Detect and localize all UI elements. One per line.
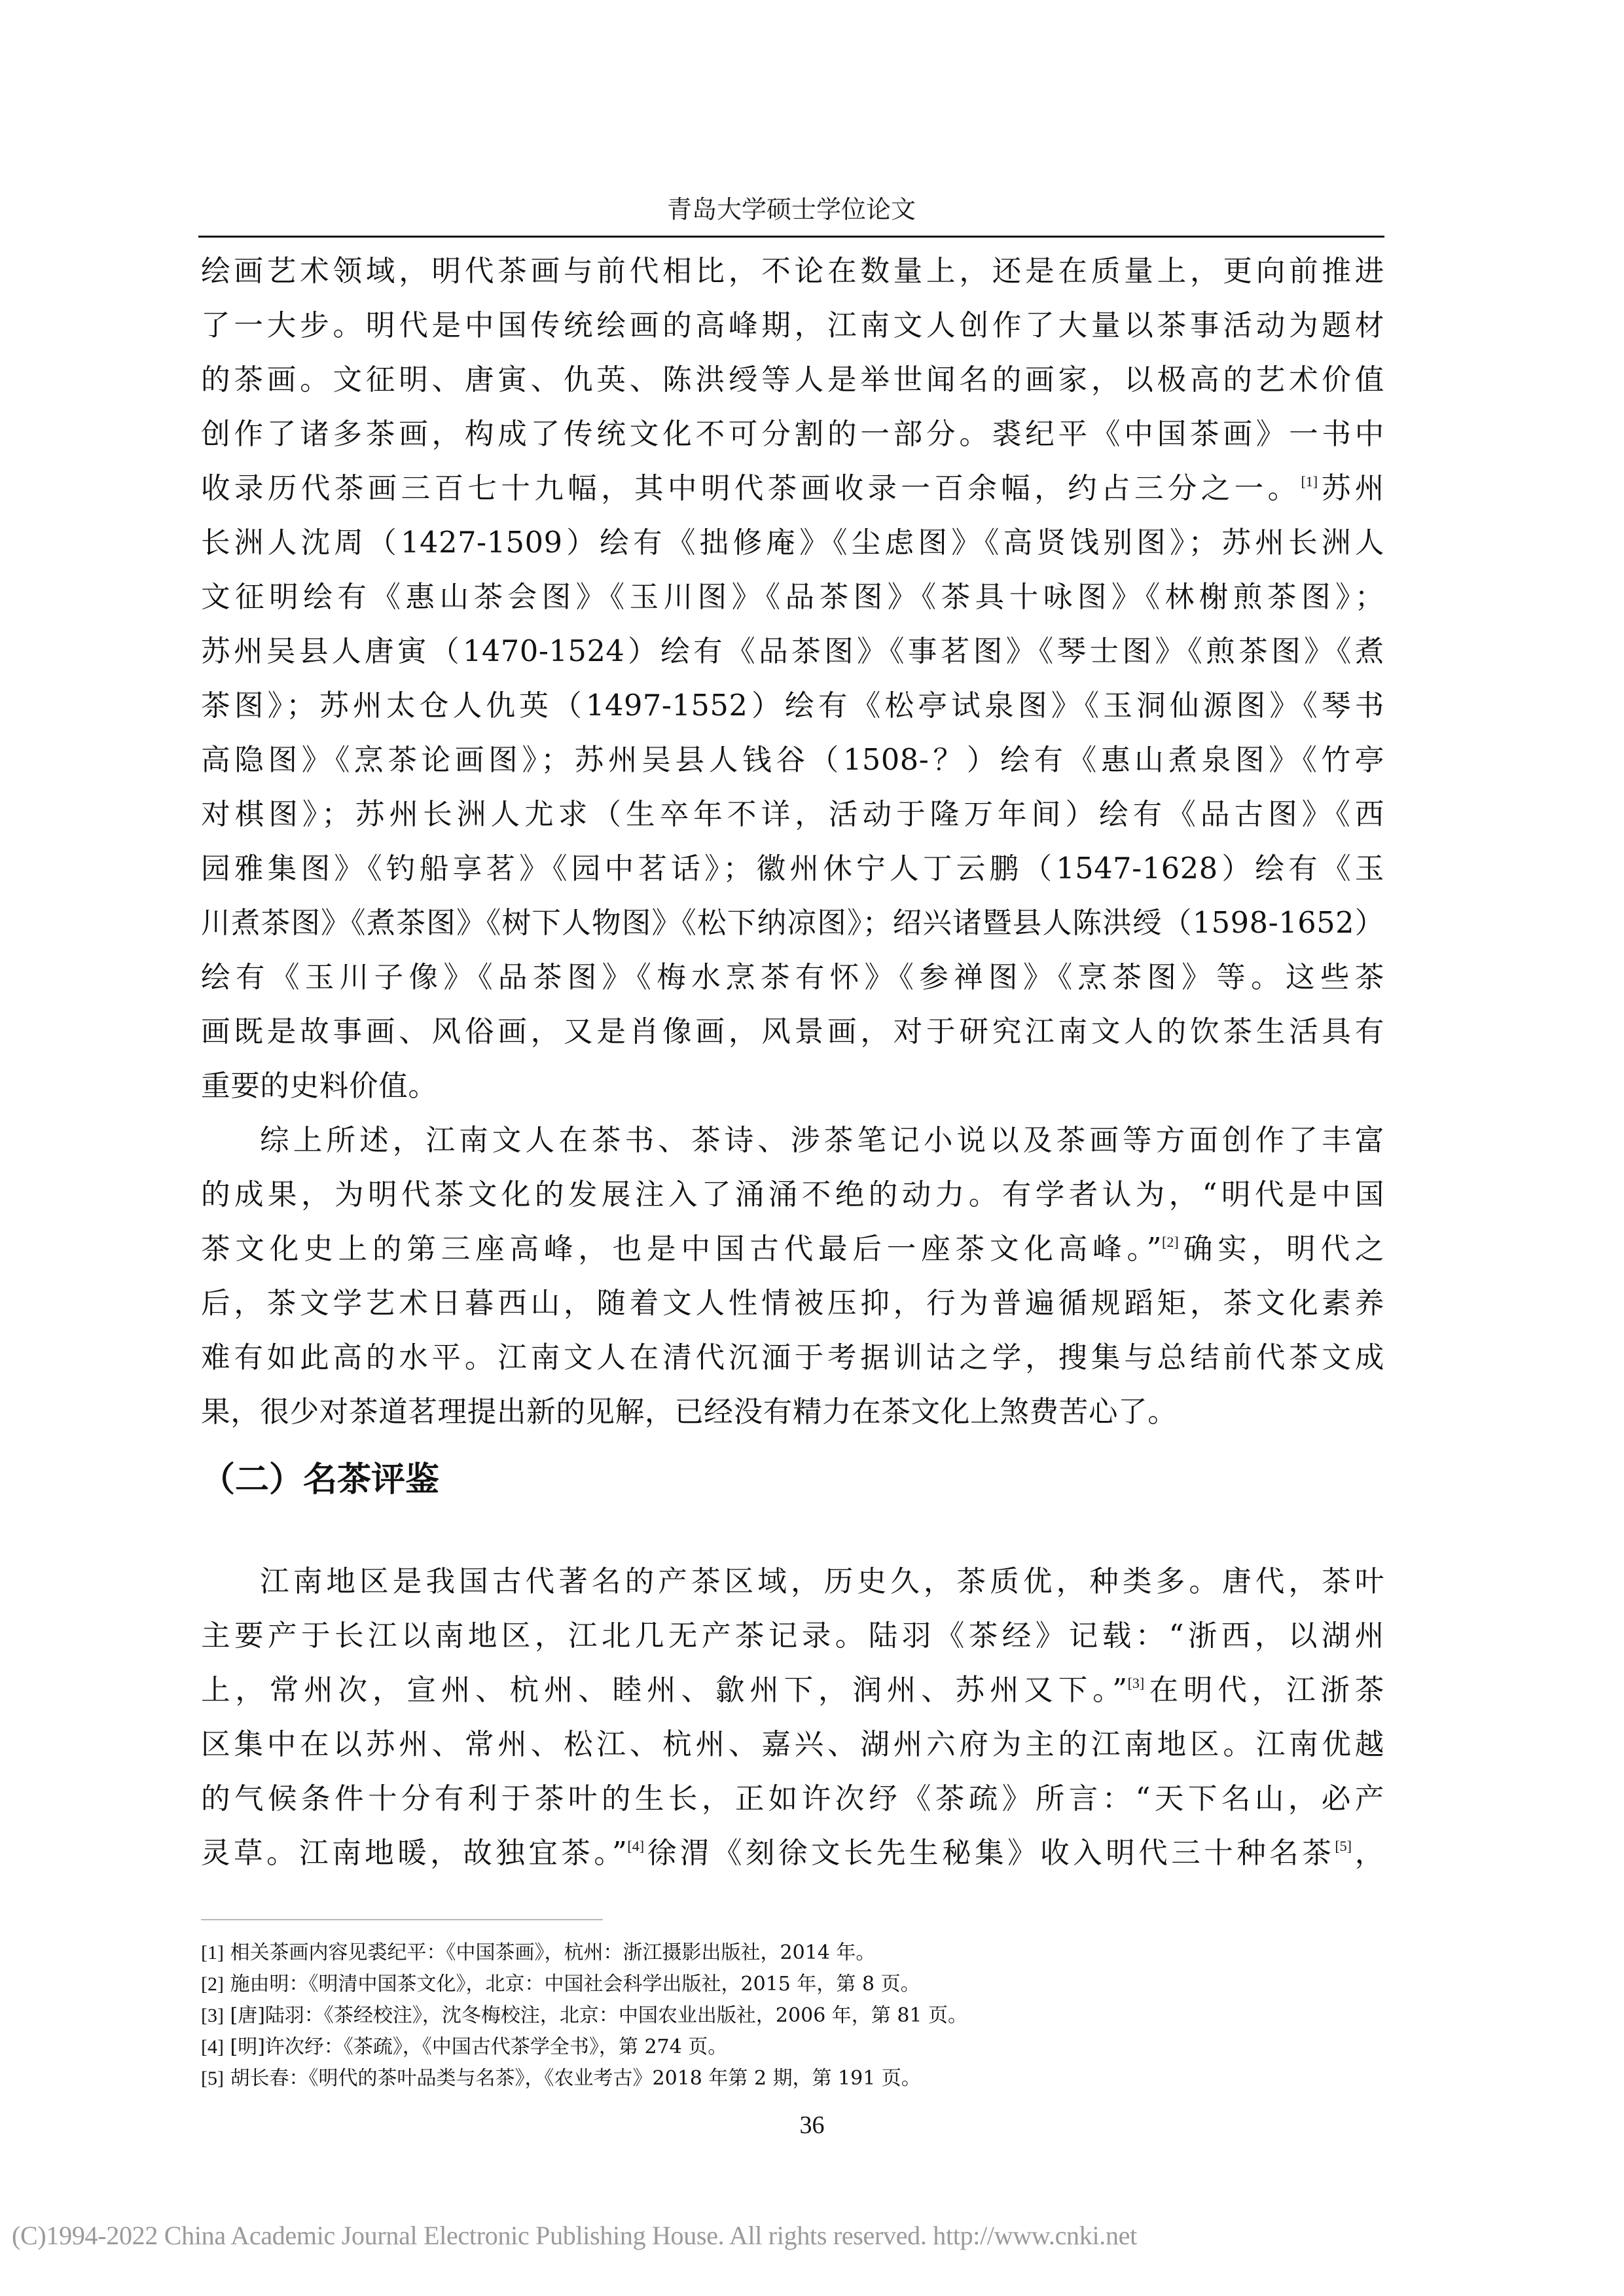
footnote-text: 施由明：《明清中国茶文化》，北京：中国社会科学出版社，2015 年，第 8 页。: [224, 1973, 920, 1996]
footnote-ref-2[interactable]: [2]: [1162, 1234, 1179, 1250]
line-text: 在明代，江浙茶: [1144, 1673, 1384, 1707]
text-line: 的茶画。文征明、唐寅、仇英、陈洪绶等人是举世闻名的画家，以极高的艺术价值: [201, 353, 1384, 407]
footnote-number: [4]: [201, 2036, 224, 2058]
section-1-body: 绘画艺术领域，明代茶画与前代相比，不论在数量上，还是在质量上，更向前推进 了一大…: [201, 244, 1384, 1439]
footnote-text: 相关茶画内容见裘纪平：《中国茶画》，杭州：浙江摄影出版社，2014 年。: [224, 1941, 875, 1964]
text-line: 收录历代茶画三百七十九幅，其中明代茶画收录一百余幅，约占三分之一。[1]苏州: [201, 461, 1384, 516]
footnote-item: [4] [明]许次纾：《茶疏》，《中国古代茶学全书》，第 274 页。: [201, 2032, 1384, 2063]
footnote-number: [1]: [201, 1942, 224, 1964]
text-line: 长洲人沈周（1427-1509）绘有《拙修庵》《尘虑图》《高贤饯别图》；苏州长洲…: [201, 516, 1384, 570]
line-text: ，: [1352, 1836, 1384, 1870]
text-line: 高隐图》《烹茶论画图》；苏州吴县人钱谷（1508-？）绘有《惠山煮泉图》《竹亭: [201, 733, 1384, 787]
text-line: 对棋图》；苏州长洲人尤求（生卒年不详，活动于隆万年间）绘有《品古图》《西: [201, 787, 1384, 842]
text-line: 苏州吴县人唐寅（1470-1524）绘有《品茶图》《事茗图》《琴士图》《煎茶图》…: [201, 624, 1384, 679]
footnote-ref-3[interactable]: [3]: [1128, 1675, 1145, 1691]
text-line: 茶文化史上的第三座高峰，也是中国古代最后一座茶文化高峰。”[2]确实，明代之: [201, 1222, 1384, 1276]
footnote-rule: [201, 1919, 603, 1920]
section-2-body: 江南地区是我国古代著名的产茶区域，历史久，茶质优，种类多。唐代，茶叶 主要产于长…: [201, 1554, 1384, 1880]
text-line: 川煮茶图》《煮茶图》《树下人物图》《松下纳凉图》；绍兴诸暨县人陈洪绶（1598-…: [201, 896, 1384, 950]
text-line: 后，茶文学艺术日暮西山，随着文人性情被压抑，行为普遍循规蹈矩，茶文化素养: [201, 1276, 1384, 1331]
footnote-item: [3] [唐]陆羽：《茶经校注》，沈冬梅校注，北京：中国农业出版社，2006 年…: [201, 2000, 1384, 2032]
text-line: 创作了诸多茶画，构成了传统文化不可分割的一部分。裘纪平《中国茶画》一书中: [201, 407, 1384, 461]
footnote-ref-1[interactable]: [1]: [1301, 473, 1318, 490]
footnote-number: [3]: [201, 2005, 224, 2026]
page-number: 36: [0, 2109, 1624, 2142]
running-header: 青岛大学硕士学位论文: [198, 193, 1384, 226]
text-line: 画既是故事画、风俗画，又是肖像画，风景画，对于研究江南文人的饮茶生活具有: [201, 1005, 1384, 1059]
footnote-item: [1] 相关茶画内容见裘纪平：《中国茶画》，杭州：浙江摄影出版社，2014 年。: [201, 1937, 1384, 1969]
text-line: 的成果，为明代茶文化的发展注入了涌涌不绝的动力。有学者认为，“明代是中国: [201, 1168, 1384, 1222]
footnotes: [1] 相关茶画内容见裘纪平：《中国茶画》，杭州：浙江摄影出版社，2014 年。…: [201, 1937, 1384, 2094]
text-line: 的气候条件十分有利于茶叶的生长，正如许次纾《茶疏》所言：“天下名山，必产: [201, 1772, 1384, 1826]
text-line: 园雅集图》《钓船享茗》《园中茗话》；徽州休宁人丁云鹏（1547-1628）绘有《…: [201, 842, 1384, 896]
footnote-number: [5]: [201, 2068, 224, 2089]
text-line: 灵草。江南地暖，故独宜茶。”[4]徐渭《刻徐文长先生秘集》收入明代三十种名茶[5…: [201, 1826, 1384, 1880]
text-line: 江南地区是我国古代著名的产茶区域，历史久，茶质优，种类多。唐代，茶叶: [201, 1554, 1384, 1609]
footnote-item: [5] 胡长春：《明代的茶叶品类与名茶》，《农业考古》2018 年第 2 期，第…: [201, 2063, 1384, 2094]
footnote-number: [2]: [201, 1973, 224, 1995]
line-text: 徐渭《刻徐文长先生秘集》收入明代三十种名茶: [644, 1836, 1335, 1870]
copyright-notice: (C)1994-2022 China Academic Journal Elec…: [12, 2217, 1137, 2254]
text-line: 文征明绘有《惠山茶会图》《玉川图》《品茶图》《茶具十咏图》《林榭煎茶图》；: [201, 570, 1384, 624]
header-rule: [198, 236, 1384, 238]
line-text: 收录历代茶画三百七十九幅，其中明代茶画收录一百余幅，约占三分之一。: [201, 471, 1301, 505]
text-line: 综上所述，江南文人在茶书、茶诗、涉茶笔记小说以及茶画等方面创作了丰富: [201, 1113, 1384, 1168]
text-line: 果，很少对茶道茗理提出新的见解，已经没有精力在茶文化上煞费苦心了。: [201, 1385, 1384, 1439]
footnote-text: [明]许次纾：《茶疏》，《中国古代茶学全书》，第 274 页。: [224, 2036, 727, 2058]
text-line: 重要的史料价值。: [201, 1059, 1384, 1113]
text-line: 绘画艺术领域，明代茶画与前代相比，不论在数量上，还是在质量上，更向前推进: [201, 244, 1384, 298]
text-line: 了一大步。明代是中国传统绘画的高峰期，江南文人创作了大量以茶事活动为题材: [201, 298, 1384, 353]
footnote-text: 胡长春：《明代的茶叶品类与名茶》，《农业考古》2018 年第 2 期，第 191…: [224, 2067, 921, 2090]
text-line: 区集中在以苏州、常州、松江、杭州、嘉兴、湖州六府为主的江南地区。江南优越: [201, 1717, 1384, 1772]
footnote-ref-5[interactable]: [5]: [1335, 1838, 1352, 1854]
footnote-item: [2] 施由明：《明清中国茶文化》，北京：中国社会科学出版社，2015 年，第 …: [201, 1969, 1384, 2000]
text-line: 难有如此高的水平。江南文人在清代沉湎于考据训诂之学，搜集与总结前代茶文成: [201, 1331, 1384, 1385]
line-text: 灵草。江南地暖，故独宜茶。”: [201, 1836, 627, 1870]
text-line: 茶图》；苏州太仓人仇英（1497-1552）绘有《松亭试泉图》《玉洞仙源图》《琴…: [201, 679, 1384, 733]
footnote-text: [唐]陆羽：《茶经校注》，沈冬梅校注，北京：中国农业出版社，2006 年，第 8…: [224, 2004, 967, 2027]
text-line: 主要产于长江以南地区，江北几无产茶记录。陆羽《茶经》记载：“浙西，以湖州: [201, 1609, 1384, 1663]
line-text: 确实，明代之: [1179, 1232, 1384, 1266]
text-line: 上，常州次，宣州、杭州、睦州、歙州下，润州、苏州又下。”[3]在明代，江浙茶: [201, 1663, 1384, 1717]
line-text: 苏州: [1318, 471, 1384, 505]
line-text: 上，常州次，宣州、杭州、睦州、歙州下，润州、苏州又下。”: [201, 1673, 1128, 1707]
section-heading: （二）名茶评鉴: [201, 1457, 439, 1503]
text-line: 绘有《玉川子像》《品茶图》《梅水烹茶有怀》《参禅图》《烹茶图》等。这些茶: [201, 950, 1384, 1005]
footnote-ref-4[interactable]: [4]: [627, 1838, 644, 1854]
line-text: 茶文化史上的第三座高峰，也是中国古代最后一座茶文化高峰。”: [201, 1232, 1162, 1266]
